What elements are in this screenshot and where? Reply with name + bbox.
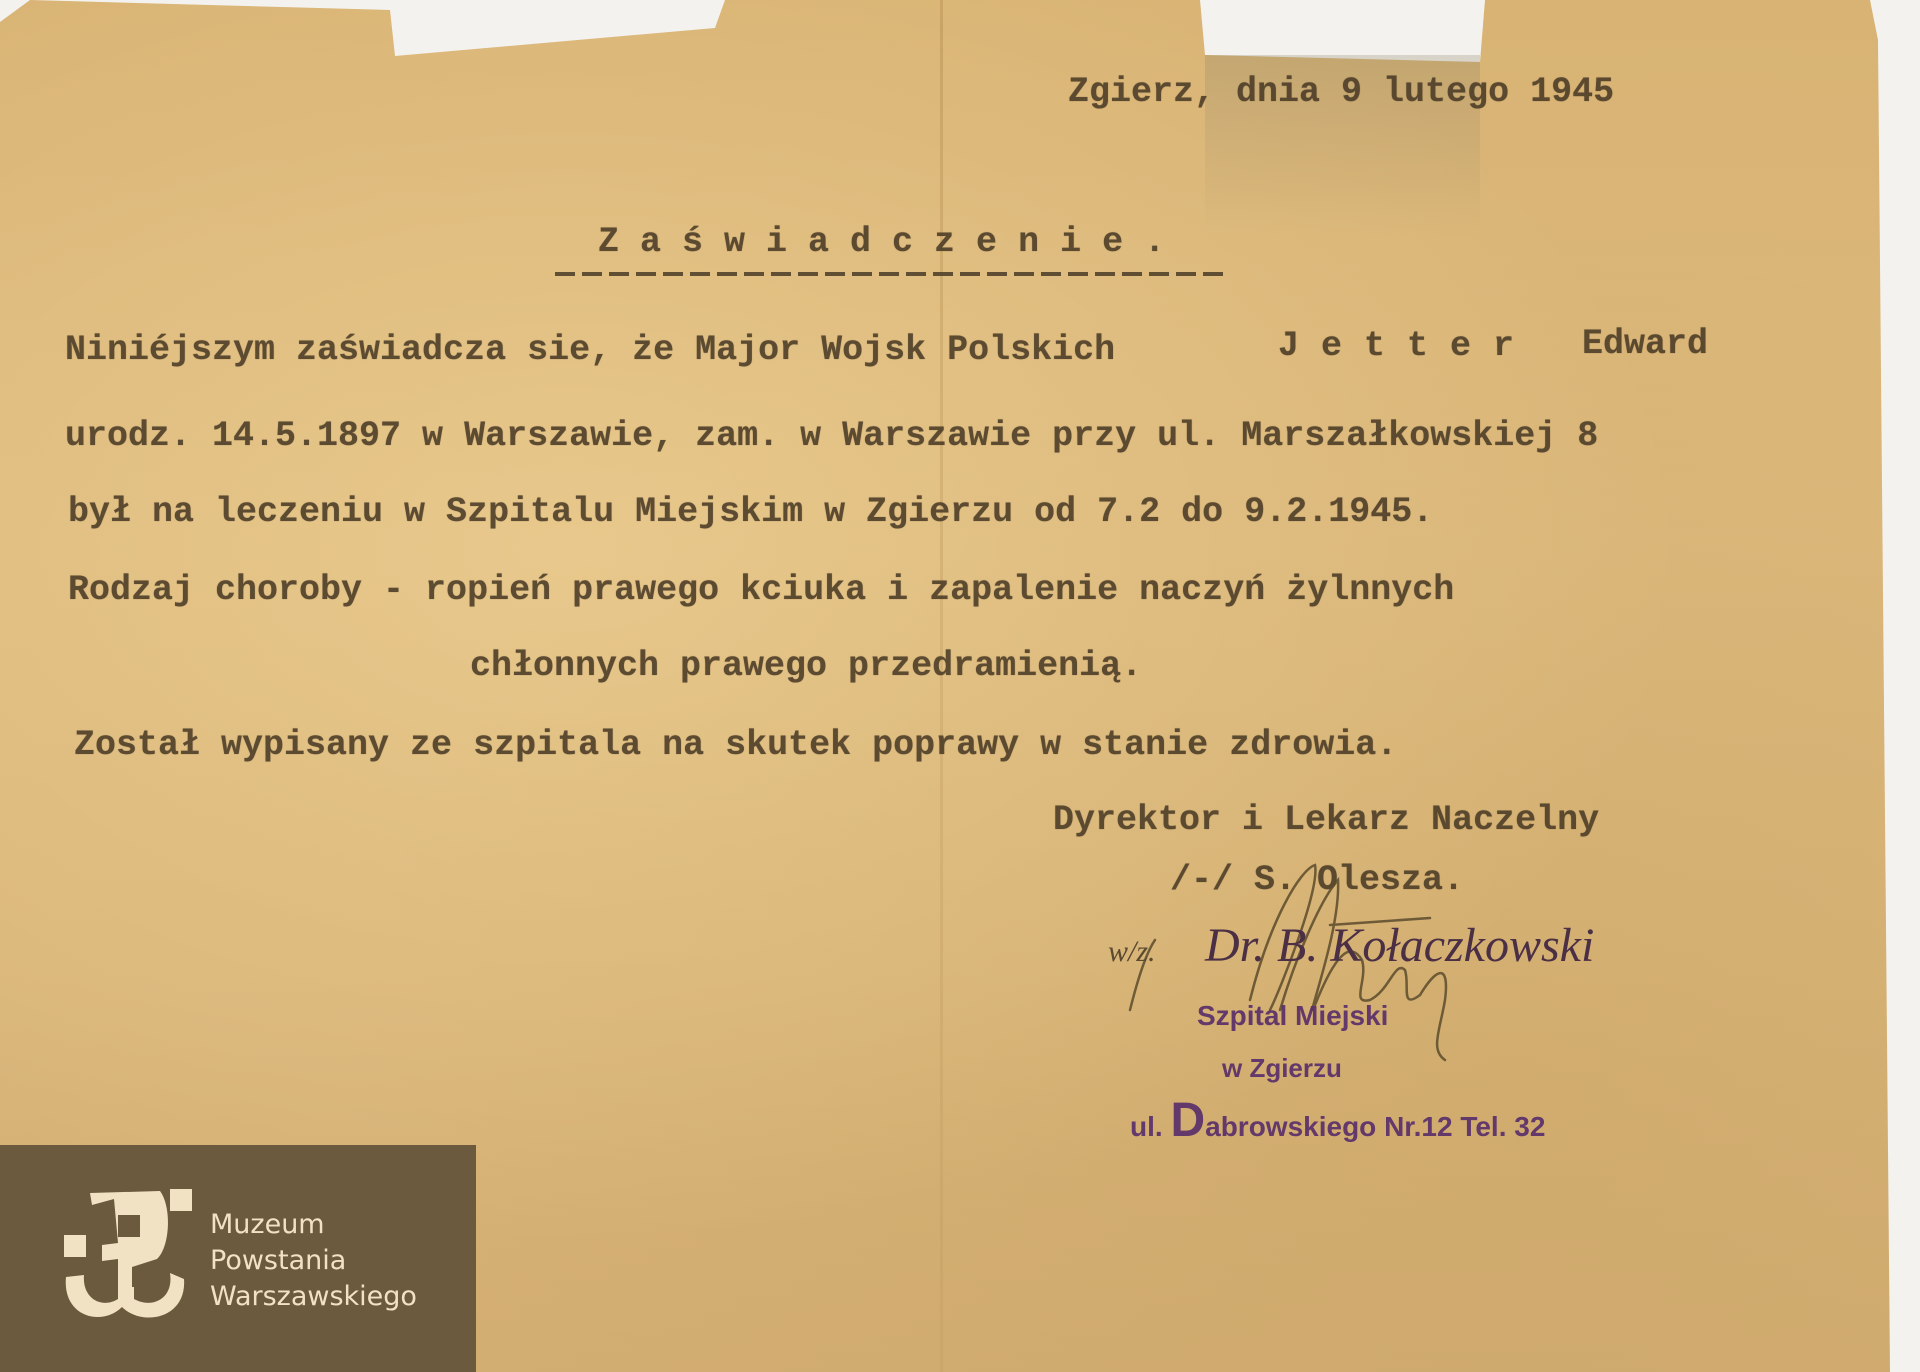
place-date: Zgierz, dnia 9 lutego 1945: [1068, 72, 1614, 112]
body-line-2: urodz. 14.5.1897 w Warszawie, zam. w War…: [65, 416, 1598, 456]
museum-watermark: Muzeum Powstania Warszawskiego: [0, 1145, 476, 1372]
body-line-3: był na leczeniu w Szpitalu Miejskim w Zg…: [68, 492, 1433, 532]
body-first-name: Edward: [1582, 324, 1708, 364]
paper-fold-line: [940, 0, 943, 1372]
stamp-line-2: w Zgierzu: [1222, 1053, 1342, 1084]
museum-name-line-3: Warszawskiego: [210, 1279, 417, 1315]
title-underline: [555, 272, 1230, 276]
signatory-role: Dyrektor i Lekarz Naczelny: [1053, 800, 1599, 840]
stamp-street-prefix: ul.: [1130, 1111, 1170, 1142]
museum-name-line-2: Powstania: [210, 1243, 417, 1279]
substitute-signatory: Dr. B. Kołaczkowski: [1205, 918, 1594, 973]
stamp-line-1: Szpital Miejski: [1197, 1000, 1388, 1032]
body-line-1: Niniéjszym zaświadcza sie, że Major Wojs…: [65, 330, 1115, 370]
stamp-line-3: ul. Dabrowskiego Nr.12 Tel. 32: [1130, 1093, 1545, 1148]
document-title: Z a ś w i a d c z e n i e .: [598, 222, 1165, 262]
museum-name-line-1: Muzeum: [210, 1207, 417, 1243]
body-line-5: chłonnych prawego przedramienią.: [470, 646, 1142, 686]
body-line-4: Rodzaj choroby - ropień prawego kciuka i…: [68, 570, 1454, 610]
stamp-address: abrowskiego Nr.12 Tel. 32: [1205, 1111, 1545, 1142]
stamp-initial: D: [1170, 1094, 1205, 1147]
kotwica-anchor-icon: [62, 1187, 192, 1327]
body-line-6: Został wypisany ze szpitala na skutek po…: [74, 725, 1397, 765]
body-surname: Jetter: [1278, 326, 1536, 366]
museum-name: Muzeum Powstania Warszawskiego: [210, 1207, 417, 1315]
per-procura-mark: w/z.: [1108, 935, 1156, 969]
